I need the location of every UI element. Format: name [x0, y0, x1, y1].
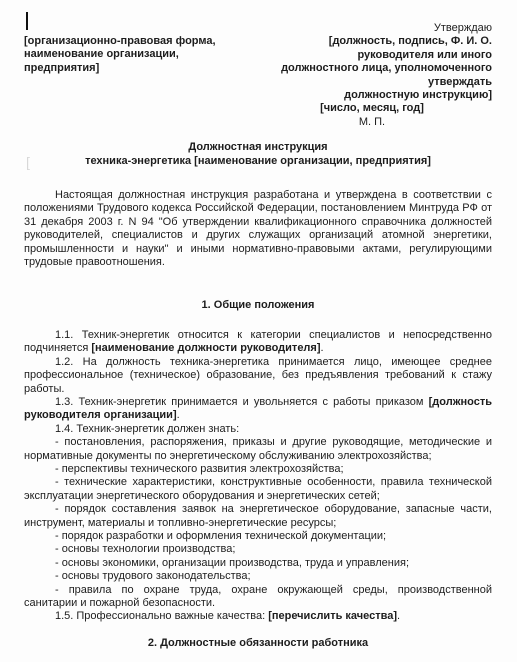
approver-line: должностного лица, уполномоченного	[252, 62, 492, 75]
paragraph: - технические характеристики, конструкти…	[24, 476, 492, 503]
text-run: .	[177, 409, 180, 421]
paragraph: - постановления, распоряжения, приказы и…	[24, 436, 492, 463]
paragraph: - порядок разработки и оформления технич…	[24, 530, 492, 543]
paragraph: 1.2. На должность техника-энергетика при…	[24, 356, 492, 396]
approve-label: Утверждаю	[252, 22, 492, 35]
text-run: 1.3. Техник-энергетик принимается и увол…	[55, 396, 429, 408]
text-run: - технические характеристики, конструкти…	[24, 476, 492, 501]
intro-paragraph: Настоящая должностная инструкция разрабо…	[24, 189, 492, 269]
approval-block: Утверждаю [должность, подпись, Ф. И. О.р…	[252, 22, 492, 129]
text-run: - основы экономики, организации производ…	[55, 557, 409, 569]
document-title: Должностная инструкция техника-энергетик…	[24, 141, 492, 168]
text-cursor	[26, 12, 28, 30]
title-line-1: Должностная инструкция	[24, 141, 492, 154]
paragraph: - правила по охране труда, охране окружа…	[24, 584, 492, 611]
date-placeholder: [число, месяц, год]	[252, 102, 492, 115]
document-header: [организационно-правовая форма,наименова…	[24, 0, 492, 129]
org-form-line: [организационно-правовая форма,	[24, 35, 232, 48]
paragraph: - основы технологии производства;	[24, 543, 492, 556]
section-1-heading: 1. Общие положения	[24, 299, 492, 312]
approver-placeholder: [должность, подпись, Ф. И. О.руководител…	[252, 35, 492, 102]
paragraph: 1.1. Техник-энергетик относится к катего…	[24, 329, 492, 356]
title-line-2: техника-энергетика [наименование организ…	[24, 155, 492, 168]
approver-line: [должность, подпись, Ф. И. О.	[252, 35, 492, 48]
paragraph: - перспективы технического развития элек…	[24, 463, 492, 476]
text-run: .	[397, 610, 400, 622]
text-run: - правила по охране труда, охране окружа…	[24, 584, 492, 609]
text-run: 1.5. Профессионально важные качества:	[55, 610, 268, 622]
paragraph: 1.5. Профессионально важные качества: [п…	[24, 610, 492, 623]
approver-line: руководителя или иного	[252, 49, 492, 62]
text-run: - перспективы технического развития элек…	[55, 463, 344, 475]
org-form-line: наименование организации,	[24, 48, 232, 61]
approver-line: утверждать	[252, 76, 492, 89]
section-1-paragraphs: 1.1. Техник-энергетик относится к катего…	[24, 329, 492, 624]
intro-block: Настоящая должностная инструкция разрабо…	[24, 189, 492, 269]
text-run: - основы технологии производства;	[55, 543, 235, 555]
org-form-line: предприятия]	[24, 62, 232, 75]
seal-mark: М. П.	[252, 116, 492, 129]
paragraph: - порядок составления заявок на энергети…	[24, 503, 492, 530]
paragraph: - основы трудового законодательства;	[24, 570, 492, 583]
document-page[interactable]: [организационно-правовая форма,наименова…	[0, 0, 517, 662]
text-run: - постановления, распоряжения, приказы и…	[24, 436, 492, 461]
placeholder-bold: [перечислить качества]	[268, 610, 397, 622]
paragraph: 1.3. Техник-энергетик принимается и увол…	[24, 396, 492, 423]
text-run: .	[321, 342, 324, 354]
paragraph: 1.4. Техник-энергетик должен знать:	[24, 423, 492, 436]
faint-bracket-artifact: [	[26, 156, 30, 169]
text-run: 1.2. На должность техника-энергетика при…	[24, 356, 492, 395]
paragraph: - основы экономики, организации производ…	[24, 557, 492, 570]
text-run: - порядок составления заявок на энергети…	[24, 503, 492, 528]
org-form-block: [организационно-правовая форма,наименова…	[24, 35, 232, 129]
text-run: - основы трудового законодательства;	[55, 570, 251, 582]
section-2-heading: 2. Должностные обязанности работника	[24, 637, 492, 650]
approver-line: должностную инструкцию]	[252, 89, 492, 102]
text-run: 1.4. Техник-энергетик должен знать:	[55, 423, 239, 435]
text-run: - порядок разработки и оформления технич…	[55, 530, 386, 542]
placeholder-bold: [наименование должности руководителя]	[91, 342, 320, 354]
